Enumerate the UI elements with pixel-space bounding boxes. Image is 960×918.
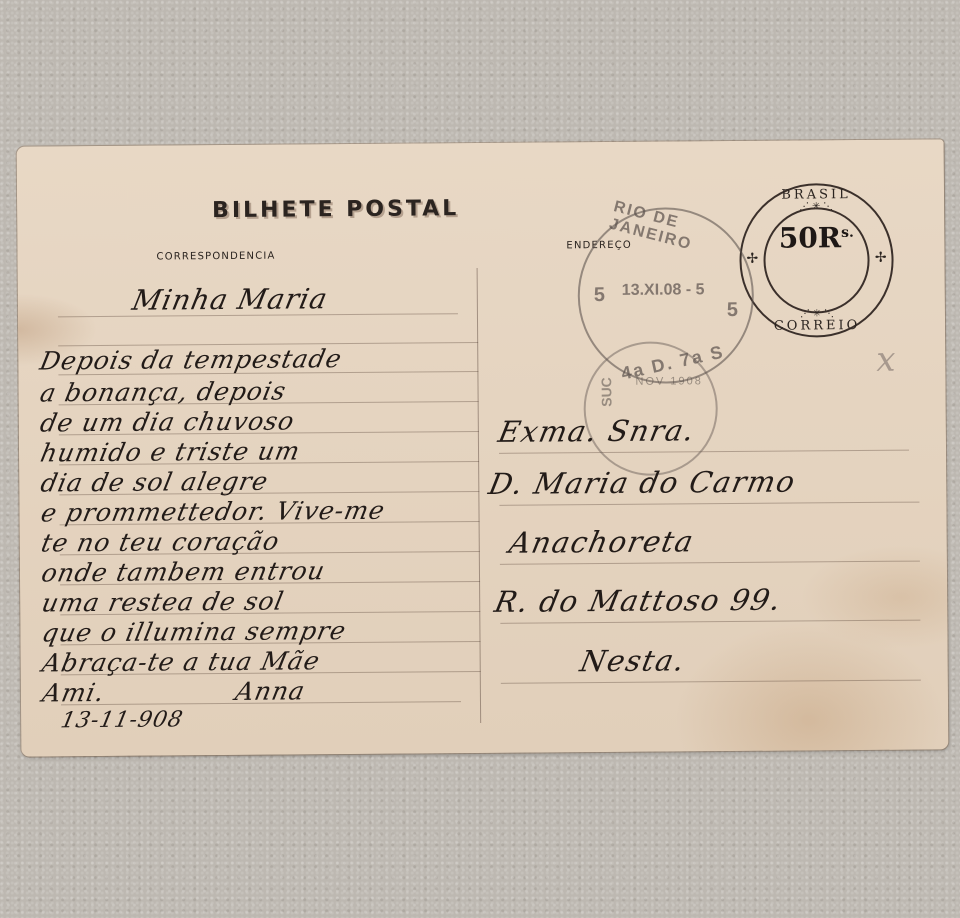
message-line: que o illumina sempre [39,616,349,647]
stamp-value: 50Rs. [741,221,891,255]
postcard: BILHETE POSTAL CORRESPONDENCIA ENDEREÇO … [17,139,949,756]
postmark-city: RIO DE JANEIRO [607,198,753,269]
address-line: D. Maria do Carmo [486,465,799,501]
postmark-left-digit: 5 [594,284,605,307]
postmark-secondary-center: NOV 1908 [635,375,702,388]
postcard-title: BILHETE POSTAL [212,196,459,223]
address-line: Anachoreta [506,524,697,560]
ruled-line [500,561,920,565]
message-line: uma restea de sol [39,587,286,618]
ruled-line [501,680,921,684]
stamp-ornament-right-icon: ✢ [875,249,887,266]
message-line: te no teu coração [39,527,283,558]
message-salutation: Minha Maria [129,282,330,317]
postmark-secondary: SUC NOV 1908 [583,341,718,476]
message-line: Abraça-te a tua Mãe [40,646,323,677]
message-date: 13-11-908 [59,707,186,733]
stamp-service: CORREIO [742,318,892,334]
message-line: a bonança, depois [38,377,289,408]
message-line: e prommettedor. Vive-me [39,496,388,528]
postage-stamp: BRASIL ⋰ ✳ ⋱ 50Rs. ✢ ✢ ⋰ ✳ ⋱ CORREIO [739,183,894,338]
ruled-line [500,620,920,624]
address-line: R. do Mattoso 99. [492,583,785,619]
postmark-secondary-side: SUC [598,377,614,407]
message-line: de um dia chuvoso [38,406,298,437]
address-line: Nesta. [577,643,689,678]
address-line: Exma. Snra. [495,413,698,449]
stamp-value-text: 50R [779,221,841,254]
ruled-line [499,450,909,454]
pencil-mark: x [876,340,896,380]
stamp-value-suffix: s. [841,225,854,241]
message-line: onde tambem entrou [39,556,328,587]
column-divider [477,268,482,723]
message-closing: Ami. [40,678,108,708]
correspondence-label: CORRESPONDENCIA [156,251,275,263]
postmark-date: 13.XI.08 - 5 [622,281,705,300]
message-signature: Anna [233,676,308,706]
message-line: humido e triste um [38,436,303,467]
ruled-line [499,502,919,506]
message-line: dia de sol alegre [38,467,271,498]
postmark-right-digit: 5 [727,299,738,322]
message-line: Depois da tempestade [37,344,344,375]
